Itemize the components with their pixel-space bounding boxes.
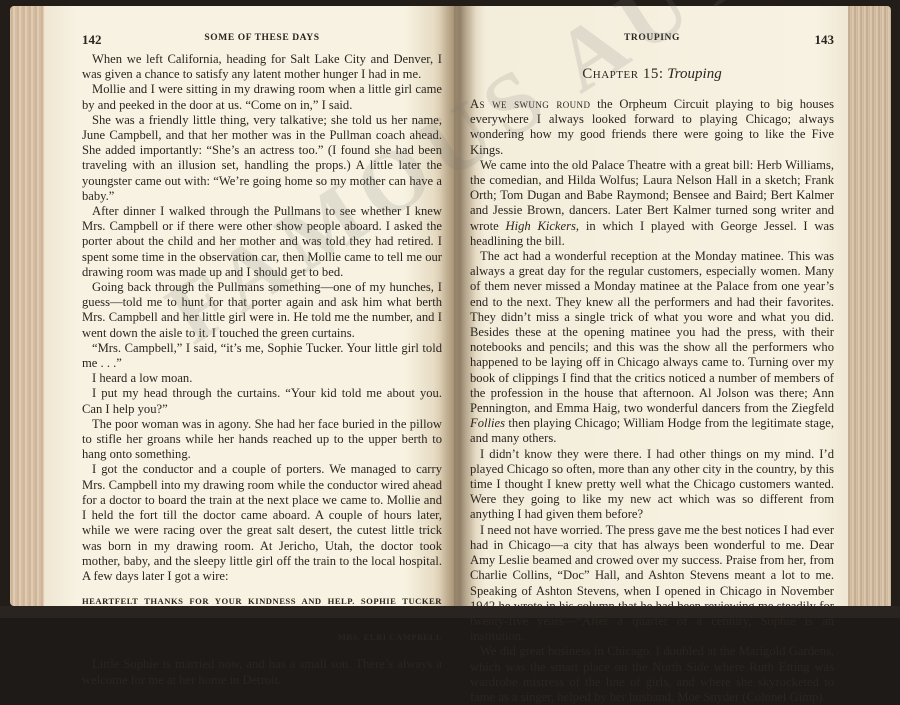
- paragraph: The poor woman was in agony. She had her…: [82, 417, 442, 463]
- paragraph: We came into the old Palace Theatre with…: [470, 158, 834, 249]
- chapter-label: Chapter 15:: [582, 66, 663, 82]
- right-page-body: As we swung round the Orpheum Circuit pl…: [470, 97, 834, 618]
- paragraph: I need not have worried. The press gave …: [470, 523, 834, 618]
- paragraph: I put my head through the curtains. “You…: [82, 386, 442, 416]
- paragraph: She was a friendly little thing, very ta…: [82, 113, 442, 204]
- page-number-right: 143: [815, 32, 835, 48]
- chapter-title: Trouping: [667, 66, 721, 82]
- italic-title: Follies: [470, 416, 505, 430]
- right-running-head: Trouping 143: [470, 32, 834, 52]
- paragraph: I didn’t know they were there. I had oth…: [470, 447, 834, 523]
- bottom-background: [0, 606, 900, 618]
- book-spread: 142 Some of These Days When we left Cali…: [0, 0, 900, 618]
- italic-title: High Kickers,: [505, 219, 579, 233]
- running-head-title-right: Trouping: [470, 33, 834, 43]
- paragraph: After dinner I walked through the Pullma…: [82, 204, 442, 280]
- right-page-edges: [845, 6, 891, 610]
- paragraph: Mollie and I were sitting in my drawing …: [82, 82, 442, 112]
- paragraph: I got the conductor and a couple of port…: [82, 462, 442, 584]
- chapter-heading: Chapter 15: Trouping: [470, 66, 834, 83]
- text-run: then playing Chicago; William Hodge from…: [470, 416, 834, 445]
- paragraph: When we left California, heading for Sal…: [82, 52, 442, 82]
- paragraph: “Mrs. Campbell,” I said, “it’s me, Sophi…: [82, 341, 442, 371]
- paragraph: Going back through the Pullmans somethin…: [82, 280, 442, 341]
- opening-smallcaps: As we swung round: [470, 97, 590, 111]
- paragraph: I heard a low moan.: [82, 371, 442, 386]
- opening-paragraph: As we swung round the Orpheum Circuit pl…: [470, 97, 834, 158]
- text-run: The act had a wonderful reception at the…: [470, 249, 834, 415]
- running-head-title-left: Some of These Days: [82, 33, 442, 43]
- right-page: Trouping 143 Chapter 15: Trouping As we …: [454, 6, 848, 606]
- left-running-head: 142 Some of These Days: [82, 32, 442, 52]
- left-page: 142 Some of These Days When we left Cali…: [44, 6, 454, 606]
- left-page-body: When we left California, heading for Sal…: [82, 52, 442, 618]
- paragraph: The act had a wonderful reception at the…: [470, 249, 834, 447]
